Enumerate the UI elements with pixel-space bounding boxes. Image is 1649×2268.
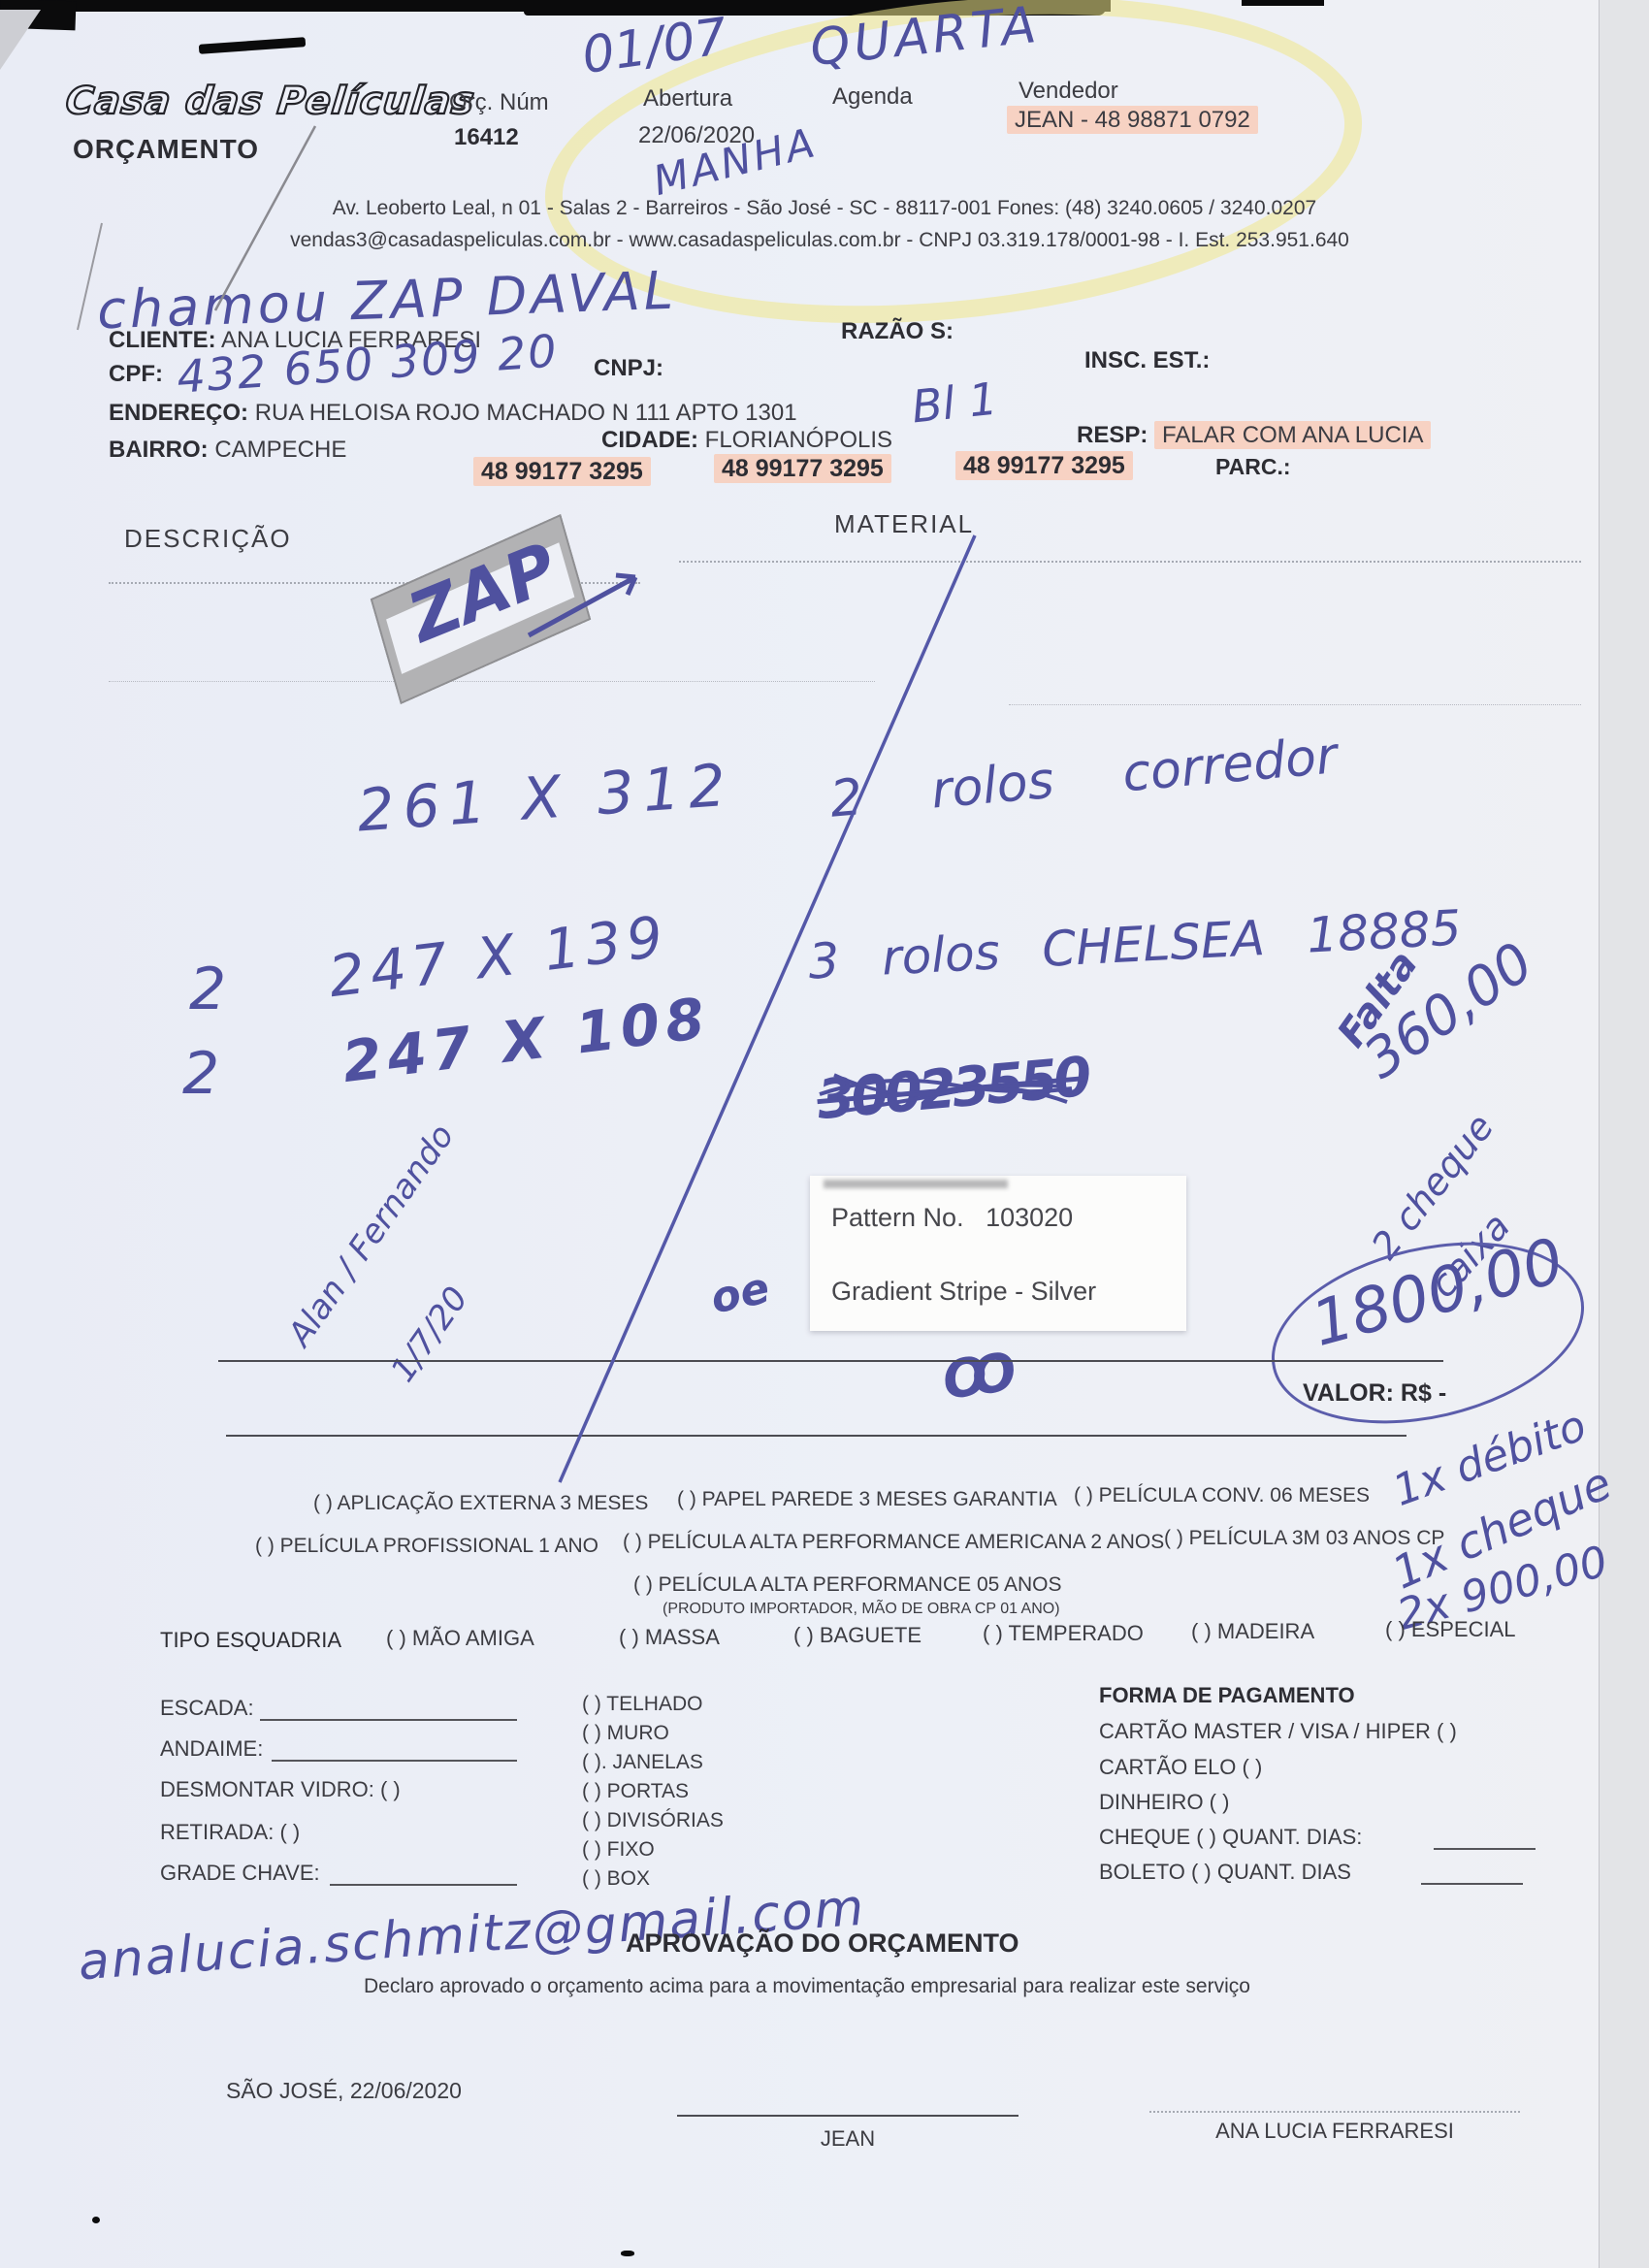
service-divisorias: ( ) DIVISÓRIAS: [582, 1809, 724, 1832]
service-muro: ( ) MURO: [582, 1722, 669, 1745]
warranty-alta-performance-americana: ( ) PELÍCULA ALTA PERFORMANCE AMERICANA …: [623, 1531, 1164, 1554]
phone-2-value: 48 99177 3295: [714, 454, 891, 483]
field-andaime-line: [272, 1760, 517, 1762]
esquadria-madeira: ( ) MADEIRA: [1191, 1619, 1314, 1644]
service-telhado: ( ) TELHADO: [582, 1693, 702, 1716]
warranty-pelicula-conv: ( ) PELÍCULA CONV. 06 MESES: [1074, 1484, 1370, 1507]
pattern-number-line: Pattern No. 103020: [831, 1203, 1073, 1233]
approval-title: APROVAÇÃO DO ORÇAMENTO: [626, 1928, 1019, 1959]
bairro-row: BAIRRO: CAMPECHE: [109, 437, 346, 464]
crossed-out-scribble: 30023550: [815, 1046, 1090, 1132]
service-portas: ( ) PORTAS: [582, 1780, 689, 1803]
row2-qty-handwriting: 2: [189, 956, 226, 1023]
value-line-1: [218, 1360, 1443, 1362]
descricao-header: DESCRIÇÃO: [124, 524, 292, 554]
service-fixo: ( ) FIXO: [582, 1838, 655, 1862]
address-line-1: Av. Leoberto Leal, n 01 - Salas 2 - Barr…: [242, 197, 1406, 220]
scan-edge-artifact: [1242, 0, 1324, 6]
phone-1-value: 48 99177 3295: [473, 457, 651, 486]
resp-value: FALAR COM ANA LUCIA: [1154, 421, 1431, 449]
pattern-name-line: Gradient Stripe - Silver: [831, 1277, 1096, 1307]
row1-material-handwriting: 2 rolos corredor: [827, 727, 1339, 828]
bairro-value: CAMPECHE: [214, 437, 346, 463]
vendedor-value: JEAN - 48 98871 0792: [1007, 107, 1258, 134]
resp-label: RESP:: [1077, 422, 1148, 448]
phone-2: 48 99177 3295: [714, 455, 891, 483]
sticker-smudge: [824, 1180, 1008, 1188]
cidade-value: FLORIANÓPOLIS: [705, 427, 892, 453]
field-grade-chave: GRADE CHAVE:: [160, 1861, 320, 1886]
scan-right-margin: [1599, 0, 1649, 2268]
payment-cartao-master: CARTÃO MASTER / VISA / HIPER ( ): [1099, 1719, 1457, 1744]
address-line-2: vendas3@casadaspeliculas.com.br - www.ca…: [223, 229, 1416, 252]
warranty-profissional: ( ) PELÍCULA PROFISSIONAL 1 ANO: [255, 1535, 598, 1558]
company-logo: Casa das Películas: [64, 80, 477, 123]
cnpj-label: CNPJ:: [594, 355, 663, 382]
scribble-oo: OO: [939, 1343, 1005, 1411]
esquadria-especial: ( ) ESPECIAL: [1385, 1617, 1515, 1642]
vendedor-label: Vendedor: [1018, 78, 1118, 105]
parc-label: PARC.:: [1215, 454, 1291, 480]
orc-num-value: 16412: [454, 124, 519, 151]
material-header: MATERIAL: [834, 509, 974, 539]
esquadria-mao-amiga: ( ) MÃO AMIGA: [386, 1626, 534, 1651]
scribble-oe: oe: [706, 1263, 773, 1323]
service-box: ( ) BOX: [582, 1867, 650, 1891]
orc-num-label: Orç. Núm: [449, 89, 549, 116]
value-line-2: [226, 1435, 1406, 1437]
field-escada-line: [260, 1719, 517, 1721]
agenda-label: Agenda: [832, 83, 913, 111]
bairro-label: BAIRRO:: [109, 437, 209, 463]
row1-desc-handwriting: 261 X 312: [355, 752, 736, 846]
esquadria-baguete: ( ) BAGUETE: [793, 1623, 921, 1648]
city-date: SÃO JOSÉ, 22/06/2020: [226, 2078, 462, 2104]
service-janelas: ( ). JANELAS: [582, 1751, 703, 1774]
scan-speck: [92, 2217, 100, 2223]
warranty-3m: ( ) PELÍCULA 3M 03 ANOS CP: [1164, 1527, 1444, 1550]
field-desmontar-vidro: DESMONTAR VIDRO: ( ): [160, 1777, 401, 1802]
pattern-label: Pattern No.: [831, 1203, 964, 1232]
field-escada: ESCADA:: [160, 1696, 254, 1721]
pattern-value: 103020: [986, 1203, 1073, 1232]
warranty-alta-performance-05-sub: (PRODUTO IMPORTADOR, MÃO DE OBRA CP 01 A…: [663, 1601, 1060, 1618]
payment-boleto: BOLETO ( ) QUANT. DIAS: [1099, 1860, 1351, 1885]
field-retirada: RETIRADA: ( ): [160, 1820, 300, 1845]
pen-dash-mark: [199, 37, 306, 54]
divider-line: [109, 681, 875, 682]
payment-title: FORMA DE PAGAMENTO: [1099, 1683, 1355, 1708]
row3-qty-handwriting: 2: [182, 1040, 219, 1108]
phone-1: 48 99177 3295: [473, 458, 651, 486]
doc-type-title: ORÇAMENTO: [73, 134, 259, 165]
esquadria-label: TIPO ESQUADRIA: [160, 1628, 341, 1653]
cidade-row: CIDADE: FLORIANÓPOLIS: [601, 427, 892, 454]
abertura-label: Abertura: [643, 85, 732, 113]
payment-cheque-line: [1434, 1848, 1536, 1850]
endereco-value: RUA HELOISA ROJO MACHADO N 111 APTO 1301: [255, 400, 797, 426]
razao-label: RAZÃO S:: [841, 318, 954, 345]
payment-dinheiro: DINHEIRO ( ): [1099, 1790, 1229, 1815]
scanned-quote-form: Casa das Películas ORÇAMENTO Orç. Núm 16…: [0, 0, 1649, 2268]
cidade-label: CIDADE:: [601, 427, 698, 453]
signature-line-client: [1149, 2111, 1520, 2113]
signature-line-vendor: [677, 2115, 1018, 2117]
payment-cheque: CHEQUE ( ) QUANT. DIAS:: [1099, 1825, 1362, 1850]
warranty-papel-parede: ( ) PAPEL PAREDE 3 MESES GARANTIA: [677, 1488, 1057, 1511]
installer-date-handwriting: 1/7/20: [383, 1280, 476, 1389]
warranty-alta-performance-05: ( ) PELÍCULA ALTA PERFORMANCE 05 ANOS: [633, 1573, 1062, 1597]
valor-label: VALOR: R$ -: [1303, 1379, 1446, 1408]
pattern-label-sticker: Pattern No. 103020 Gradient Stripe - Sil…: [810, 1176, 1186, 1331]
divider-line: [679, 561, 1581, 563]
row2-material-handwriting: 3 rolos CHELSEA 18885: [807, 899, 1463, 989]
payment-boleto-line: [1421, 1883, 1523, 1885]
divider-line: [1009, 704, 1581, 705]
esquadria-temperado: ( ) TEMPERADO: [983, 1621, 1144, 1646]
endereco-row: ENDEREÇO: RUA HELOISA ROJO MACHADO N 111…: [109, 400, 797, 427]
esquadria-massa: ( ) MASSA: [619, 1625, 720, 1650]
endereco-handwritten-block: Bl 1: [909, 373, 999, 434]
phone-3-value: 48 99177 3295: [955, 451, 1133, 480]
signature-vendor-name: JEAN: [677, 2126, 1018, 2152]
field-andaime: ANDAIME:: [160, 1736, 263, 1762]
approval-declaration: Declaro aprovado o orçamento acima para …: [364, 1975, 1250, 1998]
insc-est-label: INSC. EST.:: [1084, 347, 1210, 374]
scan-speck: [621, 2251, 634, 2256]
phone-3: 48 99177 3295: [955, 452, 1133, 480]
vendedor-highlight: JEAN - 48 98871 0792: [1007, 106, 1258, 134]
row2-desc-handwriting: 247 X 139: [325, 903, 672, 1010]
field-grade-line: [330, 1884, 517, 1886]
signature-client-name: ANA LUCIA FERRARESI: [1149, 2119, 1520, 2144]
resp-row: RESP: FALAR COM ANA LUCIA: [1077, 422, 1431, 449]
endereco-label: ENDEREÇO:: [109, 400, 248, 426]
payment-cartao-elo: CARTÃO ELO ( ): [1099, 1755, 1262, 1780]
warranty-aplicacao-externa: ( ) APLICAÇÃO EXTERNA 3 MESES: [313, 1492, 648, 1515]
cpf-label: CPF:: [109, 361, 163, 388]
